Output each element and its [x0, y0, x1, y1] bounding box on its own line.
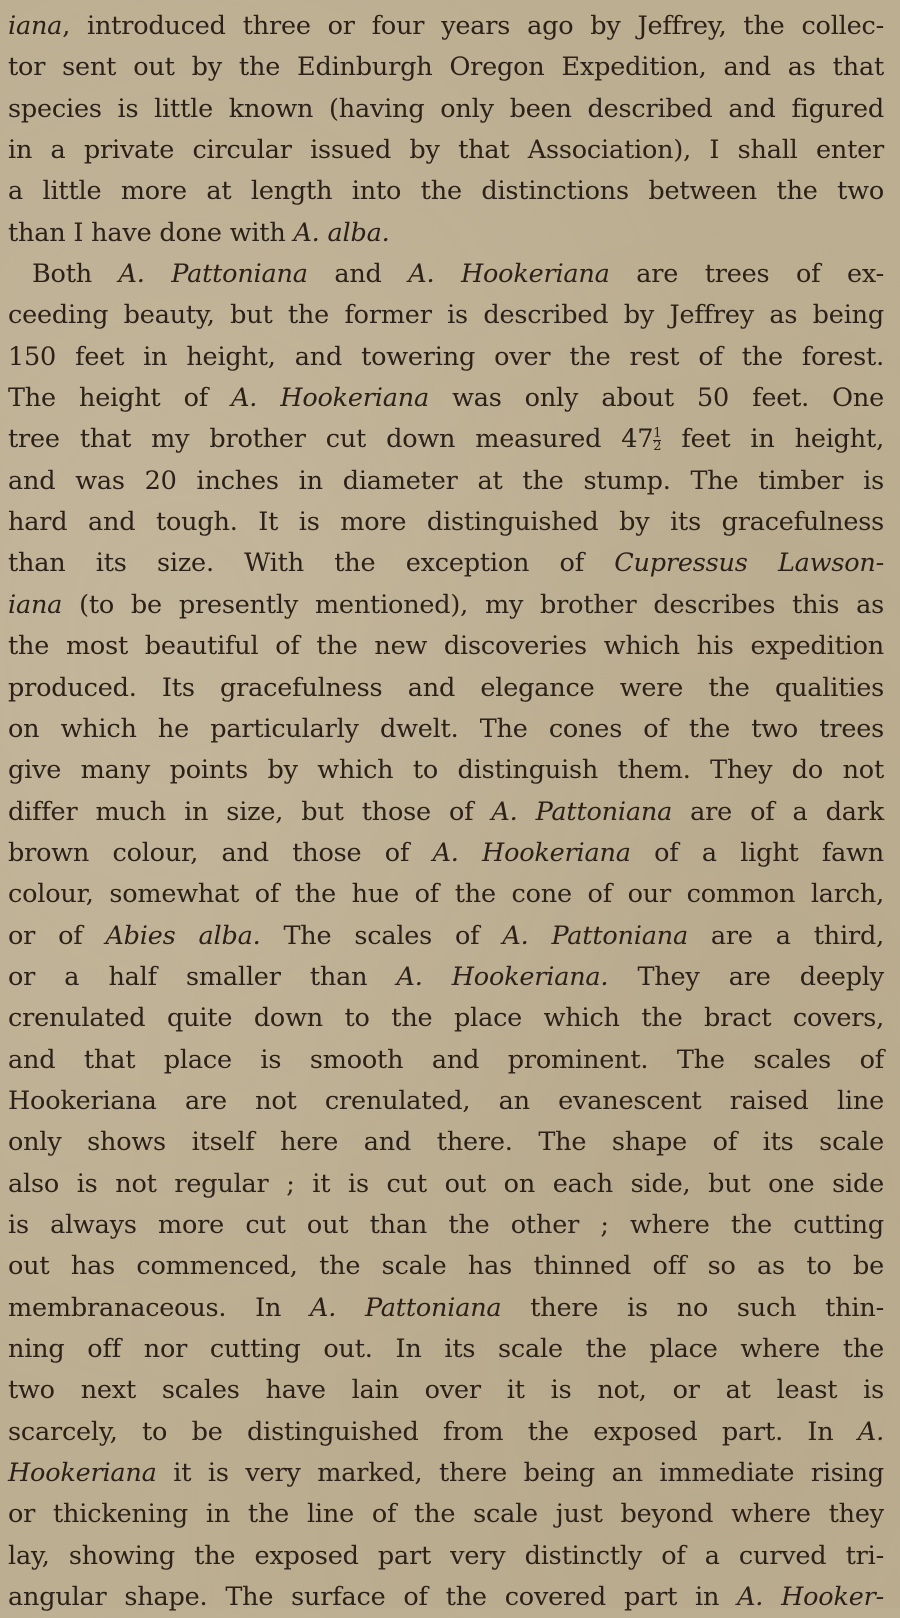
italic-text: A. Hookeriana — [433, 838, 631, 868]
text-line: hard and tough. It is more distinguished… — [8, 502, 884, 543]
text-line: lay, showing the exposed part very disti… — [8, 1536, 884, 1577]
paragraph: Both A. Pattoniana and A. Hookeriana are… — [8, 254, 884, 1608]
text-segment: brown colour, and those of — [8, 838, 433, 868]
text-segment: and was 20 inches in diameter at the stu… — [8, 466, 884, 496]
text-line: tor sent out by the Edinburgh Oregon Exp… — [8, 47, 884, 88]
italic-text: A. Hookeriana. — [396, 962, 608, 992]
text-line: The height of A. Hookeriana was only abo… — [8, 378, 884, 419]
text-segment: was only about 50 feet. One — [429, 383, 884, 413]
document-page: iana, introduced three or four years ago… — [8, 0, 884, 1608]
text-segment: ning off nor cutting out. In its scale t… — [8, 1334, 884, 1364]
text-segment: of a light fawn — [631, 838, 884, 868]
italic-text: A. Hookeriana — [408, 259, 609, 289]
text-segment: crenulated quite down to the place which… — [8, 1003, 884, 1033]
italic-text: A. Pattoniana — [491, 797, 672, 827]
text-segment: 150 feet in height, and towering over th… — [8, 342, 884, 372]
paragraph: iana, introduced three or four years ago… — [8, 6, 884, 254]
text-segment: are trees of ex- — [610, 259, 884, 289]
text-line: Hookeriana it is very marked, there bein… — [8, 1453, 884, 1494]
italic-text: Hookeriana — [8, 1458, 157, 1488]
text-line: two next scales have lain over it is not… — [8, 1370, 884, 1411]
text-segment: They are deeply — [608, 962, 884, 992]
text-segment: tor sent out by the Edinburgh Oregon Exp… — [8, 52, 884, 82]
text-segment: it is very marked, there being an immedi… — [157, 1458, 884, 1488]
text-line: also is not regular ; it is cut out on e… — [8, 1164, 884, 1205]
text-line: produced. Its gracefulness and elegance … — [8, 668, 884, 709]
text-line: iana (to be presently mentioned), my bro… — [8, 585, 884, 626]
text-line: give many points by which to distinguish… — [8, 750, 884, 791]
text-line: on which he particularly dwelt. The cone… — [8, 709, 884, 750]
text-segment: is always more cut out than the other ; … — [8, 1210, 884, 1240]
italic-text: Cupressus Lawson- — [614, 548, 884, 578]
text-segment: two next scales have lain over it is not… — [8, 1375, 884, 1405]
text-line: tree that my brother cut down measured 4… — [8, 419, 884, 460]
text-segment: The height of — [8, 383, 231, 413]
text-segment: give many points by which to distinguish… — [8, 755, 884, 785]
italic-text: A. Pattoniana — [119, 259, 308, 289]
text-segment: or of — [8, 921, 105, 951]
text-line: ning off nor cutting out. In its scale t… — [8, 1329, 884, 1370]
text-segment: , introduced three or four years ago by … — [62, 11, 884, 41]
text-segment: there is no such thin- — [501, 1293, 884, 1323]
text-segment: are of a dark — [672, 797, 884, 827]
text-line: angular shape. The surface of the covere… — [8, 1577, 884, 1608]
text-line: iana, introduced three or four years ago… — [8, 6, 884, 47]
text-segment: ceeding beauty, but the former is descri… — [8, 300, 884, 330]
italic-text: A. Pattoniana — [310, 1293, 501, 1323]
text-segment: membranaceous. In — [8, 1293, 310, 1323]
text-segment: the most beautiful of the new discoverie… — [8, 631, 884, 661]
italic-text: A. Hookeriana — [231, 383, 429, 413]
text-segment: or a half smaller than — [8, 962, 396, 992]
text-segment: than I have done with — [8, 218, 293, 248]
italic-text: A. — [858, 1417, 884, 1447]
text-segment: and that place is smooth and prominent. … — [8, 1045, 884, 1075]
italic-text: iana — [8, 11, 62, 41]
text-line: the most beautiful of the new discoverie… — [8, 626, 884, 667]
text-line: or a half smaller than A. Hookeriana. Th… — [8, 957, 884, 998]
text-line: only shows itself here and there. The sh… — [8, 1122, 884, 1163]
text-segment: Both — [32, 259, 119, 289]
text-segment: and — [308, 259, 409, 289]
text-segment: tree that my brother cut down measured 4… — [8, 424, 653, 454]
text-line: out has commenced, the scale has thinned… — [8, 1246, 884, 1287]
text-segment: lay, showing the exposed part very disti… — [8, 1541, 884, 1571]
text-segment: species is little known (having only bee… — [8, 94, 884, 124]
text-line: than I have done with A. alba. — [8, 213, 884, 254]
text-line: or of Abies alba. The scales of A. Patto… — [8, 916, 884, 957]
text-segment: Hookeriana are not crenulated, an evanes… — [8, 1086, 884, 1116]
text-line: a little more at length into the distinc… — [8, 171, 884, 212]
text-segment: in a private circular issued by that Ass… — [8, 135, 884, 165]
text-line: differ much in size, but those of A. Pat… — [8, 792, 884, 833]
text-segment: The scales of — [261, 921, 503, 951]
text-line: or thickening in the line of the scale j… — [8, 1494, 884, 1535]
text-line: brown colour, and those of A. Hookeriana… — [8, 833, 884, 874]
text-line: than its size. With the exception of Cup… — [8, 543, 884, 584]
text-segment: are a third, — [688, 921, 884, 951]
text-segment: colour, somewhat of the hue of the cone … — [8, 879, 884, 909]
text-segment: differ much in size, but those of — [8, 797, 491, 827]
text-segment: hard and tough. It is more distinguished… — [8, 507, 884, 537]
text-line: species is little known (having only bee… — [8, 89, 884, 130]
italic-text: iana — [8, 590, 62, 620]
text-line: scarcely, to be distinguished from the e… — [8, 1412, 884, 1453]
text-segment: also is not regular ; it is cut out on e… — [8, 1169, 884, 1199]
italic-text: Abies alba. — [105, 921, 260, 951]
text-segment: angular shape. The surface of the covere… — [8, 1582, 737, 1608]
text-segment: out has commenced, the scale has thinned… — [8, 1251, 884, 1281]
text-line: 150 feet in height, and towering over th… — [8, 337, 884, 378]
text-segment: or thickening in the line of the scale j… — [8, 1499, 884, 1529]
text-segment: produced. Its gracefulness and elegance … — [8, 673, 884, 703]
text-line: ceeding beauty, but the former is descri… — [8, 295, 884, 336]
text-segment: than its size. With the exception of — [8, 548, 614, 578]
text-line: is always more cut out than the other ; … — [8, 1205, 884, 1246]
italic-text: A. Hooker- — [737, 1582, 884, 1608]
text-line: crenulated quite down to the place which… — [8, 998, 884, 1039]
text-line: and that place is smooth and prominent. … — [8, 1040, 884, 1081]
text-segment: (to be presently mentioned), my brother … — [62, 590, 884, 620]
text-line: colour, somewhat of the hue of the cone … — [8, 874, 884, 915]
italic-text: A. alba. — [293, 218, 389, 248]
text-line: Both A. Pattoniana and A. Hookeriana are… — [8, 254, 884, 295]
text-line: and was 20 inches in diameter at the stu… — [8, 461, 884, 502]
text-segment: on which he particularly dwelt. The cone… — [8, 714, 884, 744]
text-segment: feet in height, — [661, 424, 884, 454]
text-line: membranaceous. In A. Pattoniana there is… — [8, 1288, 884, 1329]
text-line: Hookeriana are not crenulated, an evanes… — [8, 1081, 884, 1122]
text-line: in a private circular issued by that Ass… — [8, 130, 884, 171]
text-segment: scarcely, to be distinguished from the e… — [8, 1417, 858, 1447]
italic-text: A. Pattoniana — [502, 921, 688, 951]
text-segment: only shows itself here and there. The sh… — [8, 1127, 884, 1157]
text-segment: a little more at length into the distinc… — [8, 176, 884, 206]
